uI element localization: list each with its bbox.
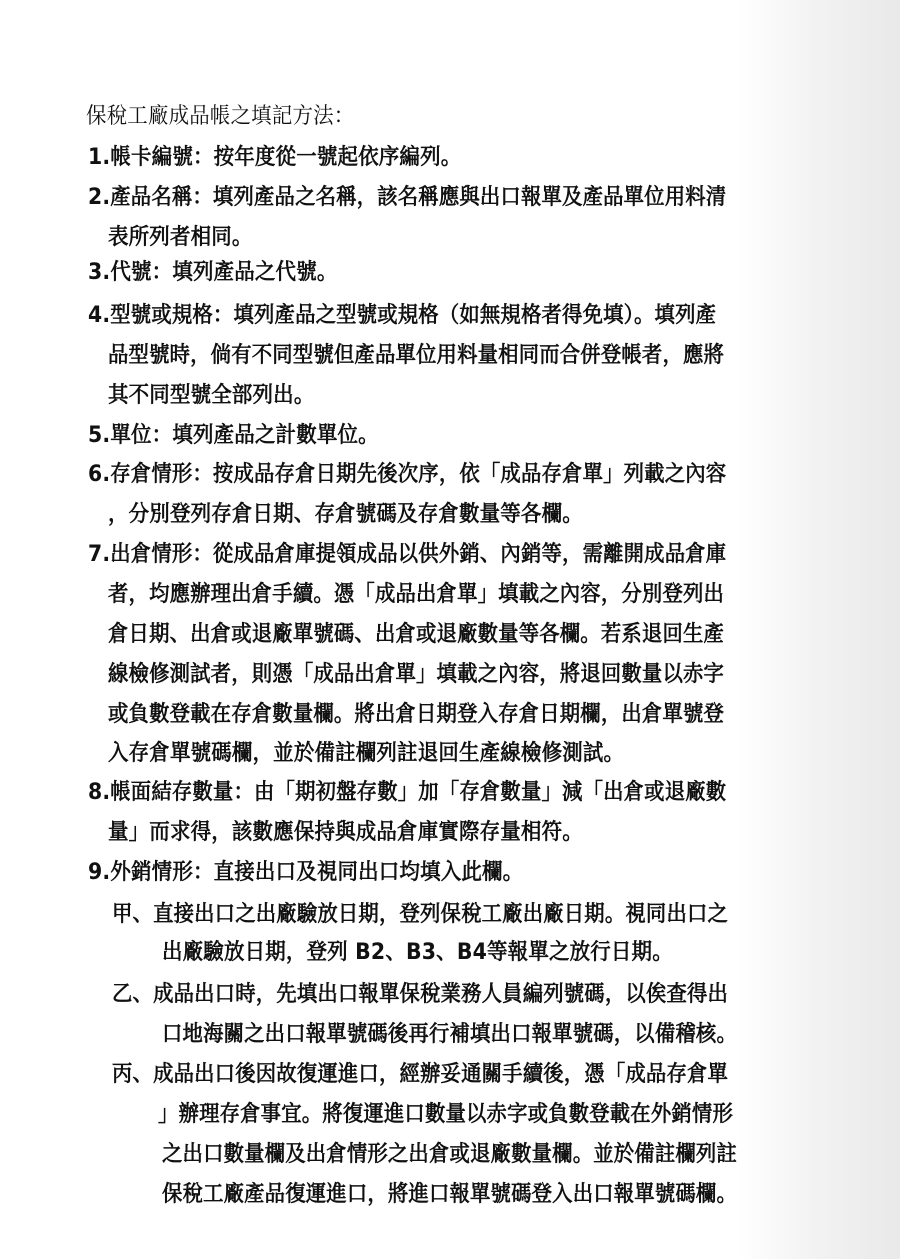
item-7-cont-1: 者，均應辦理出倉手續。憑「成品出倉單」填載之內容，分別登列出 xyxy=(108,582,724,608)
item-7-cont-4: 或負數登載在存倉數量欄。將出倉日期登入存倉日期欄，出倉單號登 xyxy=(108,702,724,728)
item-7-cont-3: 線檢修測試者，則憑「成品出倉單」填載之內容，將退回數量以赤字 xyxy=(108,662,724,688)
item-4-cont-2: 其不同型號全部列出。 xyxy=(108,383,314,409)
item-9-c-cont-3: 保稅工廠產品復運進口，將進口報單號碼登入出口報單號碼欄。 xyxy=(162,1182,737,1208)
item-6: 6.存倉情形：按成品存倉日期先後次序，依「成品存倉單」列載之內容 xyxy=(88,462,726,488)
item-2-cont: 表所列者相同。 xyxy=(108,225,253,251)
item-7-cont-5: 入存倉單號碼欄，並於備註欄列註退回生產線檢修測試。 xyxy=(108,741,624,767)
item-8-cont: 量」而求得，該數應保持與成品倉庫實際存量相符。 xyxy=(108,820,583,846)
document-title: 保稅工廠成品帳之填記方法： xyxy=(86,104,354,130)
item-3: 3.代號：填列產品之代號。 xyxy=(88,260,338,286)
item-7-cont-2: 倉日期、出倉或退廠單號碼、出倉或退廠數量等各欄。若系退回生產 xyxy=(108,622,724,648)
item-9-a: 甲、直接出口之出廠驗放日期，登列保稅工廠出廠日期。視同出口之 xyxy=(112,902,728,928)
item-6-cont: ，分別登列存倉日期、存倉號碼及存倉數量等各欄。 xyxy=(108,502,583,528)
item-9-a-cont: 出廠驗放日期，登列 B2、B3、B4等報單之放行日期。 xyxy=(162,940,673,966)
item-1: 1.帳卡編號：按年度從一號起依序編列。 xyxy=(88,145,461,171)
item-9-c: 丙、成品出口後因故復運進口，經辦妥通關手續後，憑「成品存倉單 xyxy=(112,1062,728,1088)
item-9-b-cont: 口地海關之出口報單號碼後再行補填出口報單號碼，以備稽核。 xyxy=(162,1022,737,1048)
item-9-c-cont-1: 」辦理存倉事宜。將復運進口數量以赤字或負數登載在外銷情形 xyxy=(158,1102,733,1128)
item-9: 9.外銷情形：直接出口及視同出口均填入此欄。 xyxy=(88,860,523,886)
item-2: 2.產品名稱：填列產品之名稱，該名稱應與出口報單及產品單位用料清 xyxy=(88,185,726,211)
item-7: 7.出倉情形：從成品倉庫提領成品以供外銷、內銷等，需離開成品倉庫 xyxy=(88,542,726,568)
item-4-cont-1: 品型號時，倘有不同型號但產品單位用料量相同而合併登帳者，應將 xyxy=(108,343,724,369)
item-9-c-cont-2: 之出口數量欄及出倉情形之出倉或退廠數量欄。並於備註欄列註 xyxy=(162,1142,737,1168)
item-8: 8.帳面結存數量：由「期初盤存數」加「存倉數量」減「出倉或退廠數 xyxy=(88,780,726,806)
item-4: 4.型號或規格：填列產品之型號或規格（如無規格者得免填）。填列產 xyxy=(88,303,716,329)
item-9-b: 乙、成品出口時，先填出口報單保稅業務人員編列號碼，以俟查得出 xyxy=(112,982,728,1008)
scanned-page: 保稅工廠成品帳之填記方法： 1.帳卡編號：按年度從一號起依序編列。 2.產品名稱… xyxy=(0,0,900,1259)
item-5: 5.單位：填列產品之計數單位。 xyxy=(88,423,379,449)
